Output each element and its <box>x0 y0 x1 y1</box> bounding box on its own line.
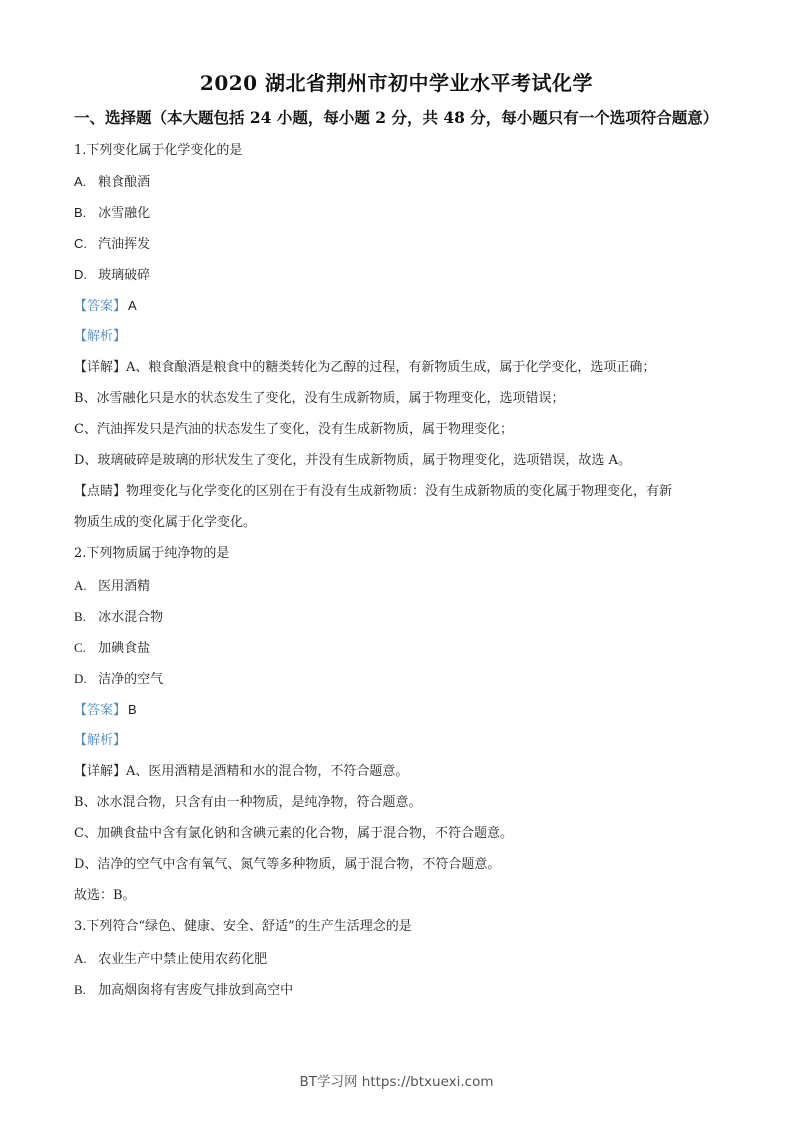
option-text: 冰水混合物 <box>98 610 163 625</box>
option-letter: D. <box>74 670 94 688</box>
answer-value: A <box>128 298 137 313</box>
question-2-stem: 2.下列物质属于纯净物的是 <box>74 545 229 563</box>
question-2-answer: 【答案】B <box>74 701 137 720</box>
option-text: 汽油挥发 <box>98 237 150 252</box>
question-2-detail-line: D、洁净的空气中含有氧气、氮气等多种物质，属于混合物，不符合题意。 <box>74 856 500 874</box>
option-letter: A. <box>74 950 94 968</box>
option-letter: A. <box>74 173 94 191</box>
option-letter: D. <box>74 266 94 284</box>
question-2-detail-line: B、冰水混合物，只含有由一种物质，是纯净物，符合题意。 <box>74 794 422 812</box>
question-1-option-c: C. 汽油挥发 <box>74 235 150 254</box>
document-title: 2020 湖北省荆州市初中学业水平考试化学 <box>0 70 793 96</box>
option-text: 粮食酿酒 <box>98 175 150 190</box>
section-heading: 一、选择题（本大题包括 24 小题，每小题 2 分，共 48 分，每小题只有一个… <box>74 107 718 129</box>
question-2-option-c: C. 加碘食盐 <box>74 639 150 658</box>
question-2-option-d: D. 洁净的空气 <box>74 670 163 689</box>
question-1-answer: 【答案】A <box>74 297 137 316</box>
question-1-detail-line: 【详解】A、粮食酿酒是粮食中的糖类转化为乙醇的过程，有新物质生成，属于化学变化，… <box>74 359 655 377</box>
question-2-option-b: B. 冰水混合物 <box>74 608 163 627</box>
question-3-option-b: B. 加高烟囱将有害废气排放到高空中 <box>74 981 293 1000</box>
option-text: 医用酒精 <box>98 579 150 594</box>
question-1-option-d: D. 玻璃破碎 <box>74 266 150 285</box>
option-letter: B. <box>74 204 94 222</box>
question-2-detail-line: C、加碘食盐中含有氯化钠和含碘元素的化合物，属于混合物，不符合题意。 <box>74 825 513 843</box>
footer-watermark: BT学习网 https://btxuexi.com <box>0 1070 793 1090</box>
answer-value: B <box>128 702 137 717</box>
question-1-stem: 1.下列变化属于化学变化的是 <box>74 142 242 160</box>
question-1-point-line: 【点睛】物理变化与化学变化的区别在于有没有生成新物质：没有生成新物质的变化属于物… <box>74 483 672 501</box>
question-1-option-b: B. 冰雪融化 <box>74 204 150 223</box>
question-1-detail-line: D、玻璃破碎是玻璃的形状发生了变化，并没有生成新物质，属于物理变化，选项错误，故… <box>74 452 631 470</box>
option-text: 加碘食盐 <box>98 641 150 656</box>
question-1-analysis-label: 【解析】 <box>74 328 126 346</box>
option-text: 玻璃破碎 <box>98 268 150 283</box>
question-1-option-a: A. 粮食酿酒 <box>74 173 150 192</box>
option-letter: C. <box>74 639 94 657</box>
answer-label: 【答案】 <box>74 703 126 718</box>
question-2-conclusion: 故选：B。 <box>74 887 136 905</box>
option-letter: C. <box>74 235 94 253</box>
question-2-option-a: A. 医用酒精 <box>74 577 150 596</box>
option-letter: B. <box>74 608 94 626</box>
question-1-detail-line: B、冰雪融化只是水的状态发生了变化，没有生成新物质，属于物理变化，选项错误； <box>74 390 565 408</box>
analysis-label: 【解析】 <box>74 329 126 344</box>
option-letter: A. <box>74 577 94 595</box>
option-text: 农业生产中禁止使用农药化肥 <box>98 952 267 967</box>
question-2-analysis-label: 【解析】 <box>74 732 126 750</box>
question-3-stem: 3.下列符合“绿色、健康、安全、舒适”的生产生活理念的是 <box>74 918 412 936</box>
document-page: 2020 湖北省荆州市初中学业水平考试化学 一、选择题（本大题包括 24 小题，… <box>0 0 793 1122</box>
option-letter: B. <box>74 981 94 999</box>
option-text: 冰雪融化 <box>98 206 150 221</box>
question-1-detail-line: C、汽油挥发只是汽油的状态发生了变化，没有生成新物质，属于物理变化； <box>74 421 513 439</box>
answer-label: 【答案】 <box>74 299 126 314</box>
question-3-option-a: A. 农业生产中禁止使用农药化肥 <box>74 950 267 969</box>
analysis-label: 【解析】 <box>74 733 126 748</box>
question-1-point-line: 物质生成的变化属于化学变化。 <box>74 514 256 532</box>
question-2-detail-line: 【详解】A、医用酒精是酒精和水的混合物，不符合题意。 <box>74 763 408 781</box>
option-text: 加高烟囱将有害废气排放到高空中 <box>98 983 293 998</box>
option-text: 洁净的空气 <box>98 672 163 687</box>
